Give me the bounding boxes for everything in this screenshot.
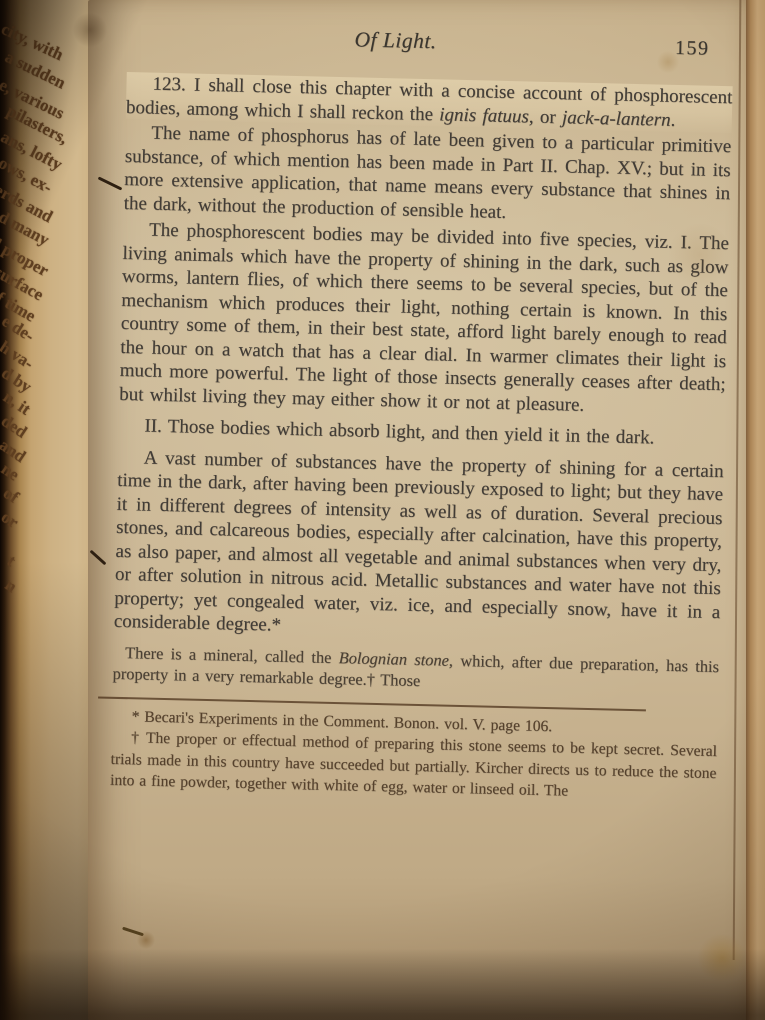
- margin-fragment: or: [0, 508, 21, 531]
- page-number: 159: [675, 37, 710, 61]
- margin-fragment: t: [4, 552, 18, 569]
- page-fore-edge: [746, 0, 765, 1020]
- italic-text: jack-a-lantern: [562, 107, 671, 131]
- text-run: , or: [529, 106, 563, 128]
- margin-fragment: and: [0, 436, 29, 465]
- text-run: A vast number of substances have the pro…: [114, 447, 724, 636]
- italic-text: Bolognian stone: [339, 648, 450, 670]
- text-run: There is a mineral, called the: [125, 643, 339, 667]
- text-run: The phosphorescent bodies may be divided…: [119, 220, 729, 416]
- paragraph: A vast number of substances have the pro…: [114, 445, 724, 647]
- text-run: .: [670, 109, 675, 130]
- margin-fragment: n: [2, 576, 20, 595]
- book-photo: city, witha suddene, variouspilasters,an…: [0, 0, 765, 1020]
- footnotes: * Becari's Experiments in the Comment. B…: [110, 705, 718, 805]
- paragraph: The phosphorescent bodies may be divided…: [119, 218, 729, 420]
- text-run: II. Those bodies which absorb light, and…: [144, 416, 654, 449]
- text-run: The name of phosphorus has of late been …: [123, 123, 731, 223]
- paragraph: II. Those bodies which absorb light, and…: [118, 414, 724, 452]
- page-content: Of Light. 159 123. I shall close this ch…: [110, 22, 734, 806]
- paragraph: There is a mineral, called the Bolognian…: [112, 641, 719, 697]
- margin-fragment: of: [0, 484, 21, 506]
- page-body: 123. I shall close this chapter with a c…: [112, 72, 732, 698]
- italic-text: ignis fatuus: [439, 104, 529, 127]
- paragraph: The name of phosphorus has of late been …: [123, 121, 731, 229]
- text-run: † The proper or effectual method of prep…: [110, 729, 717, 799]
